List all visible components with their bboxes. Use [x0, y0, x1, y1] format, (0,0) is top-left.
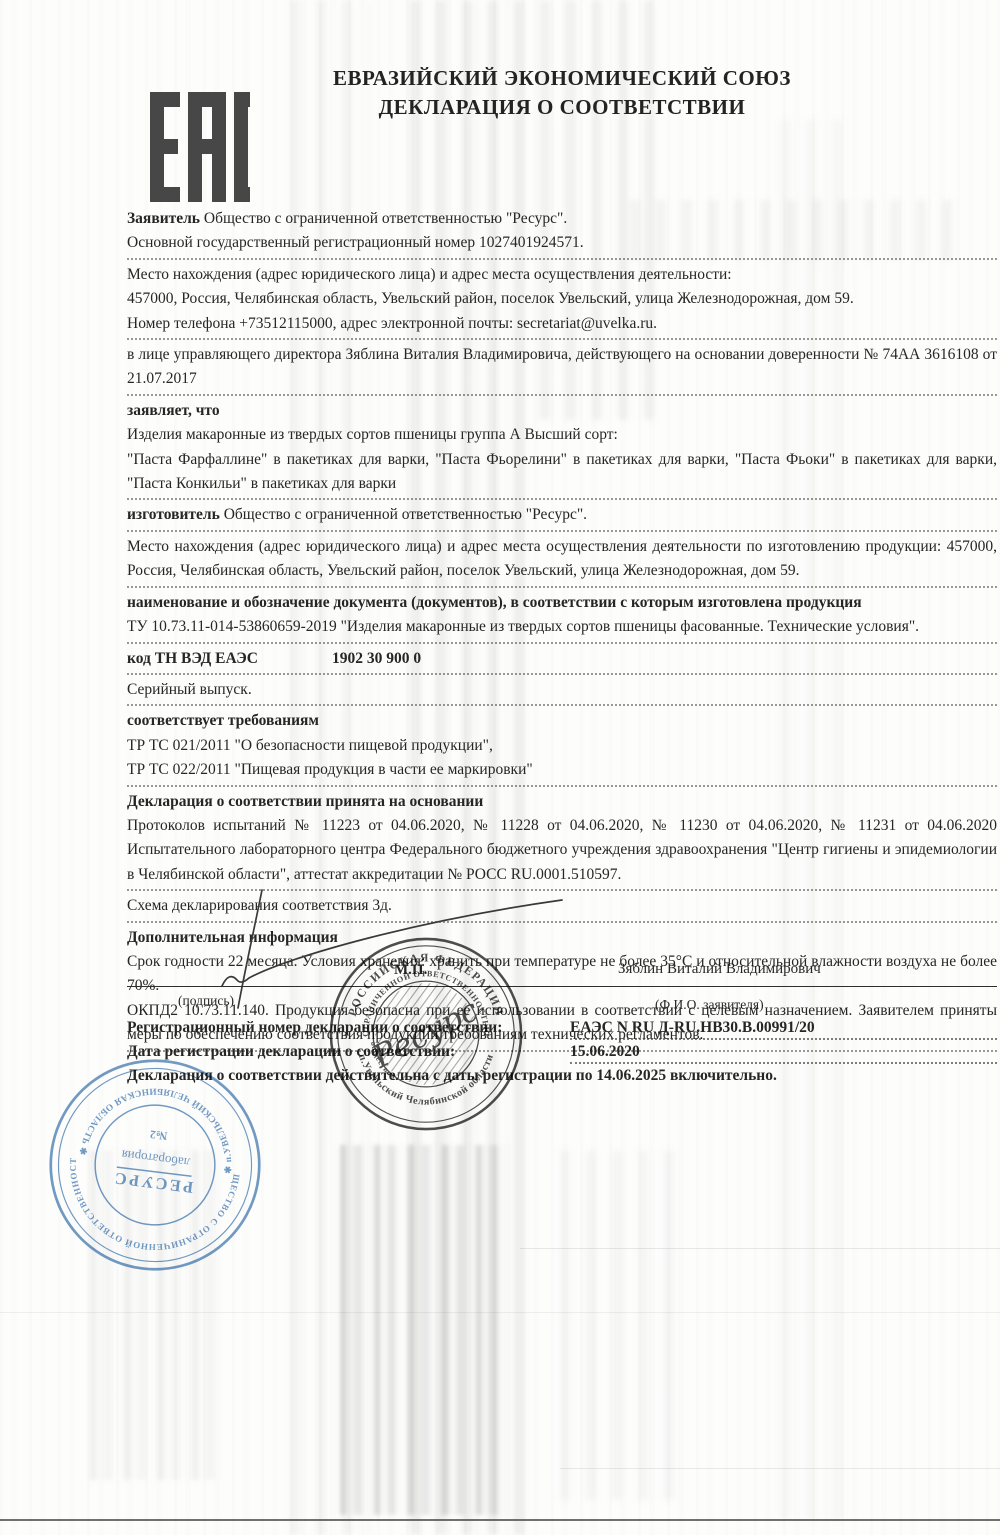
separator	[127, 258, 997, 260]
declaration-document: ЕВРАЗИЙСКИЙ ЭКОНОМИЧЕСКИЙ СОЮЗ ДЕКЛАРАЦИ…	[0, 0, 1000, 1535]
manufacturer-label: изготовитель	[127, 506, 220, 523]
signature-caption: (подпись)	[178, 993, 234, 1009]
phone-line: Номер телефона +73512115000, адрес элект…	[127, 312, 997, 336]
tr2-line: ТР ТС 022/2011 "Пищевая продукция в част…	[127, 758, 997, 782]
stamp-blue-center-name: РЕСУРС	[111, 1169, 194, 1198]
separator	[127, 338, 997, 340]
registration-block: Регистрационный номер декларации о соотв…	[127, 1019, 997, 1067]
mp-label: М.П.	[394, 962, 427, 979]
ogrn-line: Основной государственный регистрационный…	[127, 231, 997, 255]
address-line: 457000, Россия, Челябинская область, Уве…	[127, 287, 997, 311]
address-label: Место нахождения (адрес юридического лиц…	[127, 263, 997, 287]
separator	[127, 394, 997, 396]
storage-line: Срок годности 22 месяца. Условия хранени…	[127, 950, 997, 999]
separator	[127, 642, 997, 644]
tnved-value: 1902 30 900 0	[332, 647, 421, 671]
applicant-line: Заявитель Общество с ограниченной ответс…	[127, 207, 997, 231]
tr1-line: ТР ТС 021/2011 "О безопасности пищевой п…	[127, 734, 997, 758]
scan-streak	[90, 1150, 220, 1480]
scan-line	[0, 1312, 1000, 1313]
scan-streak-heavy	[340, 1145, 510, 1515]
applicant-fio: Зяблин Виталий Владимирович	[618, 961, 821, 978]
docs-label: наименование и обозначение документа (до…	[127, 591, 997, 615]
separator	[127, 673, 997, 675]
protocols-line: Протоколов испытаний № 11223 от 04.06.20…	[127, 814, 997, 887]
stamp-blue-ring-bottom: ✱ п.УВЕЛЬСКИЙ ЧЕЛЯБИНСКАЯ ОБЛАСТЬ ✱	[76, 1077, 243, 1175]
svg-text:ОБЩЕСТВО С ОГРАНИЧЕННОЙ ОТВЕТС: ОБЩЕСТВО С ОГРАНИЧЕННОЙ ОТВЕТСТВЕННОСТЬЮ	[54, 1153, 266, 1276]
separator	[127, 530, 997, 532]
separator	[127, 889, 997, 891]
product-list: "Паста Фарфаллине" в пакетиках для варки…	[127, 448, 997, 497]
scan-streak	[560, 1150, 680, 1500]
product-intro: Изделия макаронные из твердых сортов пше…	[127, 423, 997, 447]
svg-text:✱ п.УВЕЛЬСКИЙ ЧЕЛЯБИНСКАЯ ОБЛА: ✱ п.УВЕЛЬСКИЙ ЧЕЛЯБИНСКАЯ ОБЛАСТЬ ✱	[76, 1077, 243, 1175]
stamp-blue-ring-top: ОБЩЕСТВО С ОГРАНИЧЕННОЙ ОТВЕТСТВЕННОСТЬЮ	[54, 1153, 266, 1276]
signature-rule	[127, 986, 997, 987]
fio-caption: (Ф.И.О. заявителя)	[655, 997, 764, 1013]
applicant-text: Общество с ограниченной ответственностью…	[204, 210, 567, 227]
page-bottom-rule	[0, 1519, 1000, 1521]
separator	[127, 586, 997, 588]
declares-label: заявляет, что	[127, 399, 997, 423]
document-body: Заявитель Общество с ограниченной ответс…	[127, 207, 997, 1088]
validity-line: Декларация о соответствии действительна …	[127, 1064, 997, 1088]
union-title: ЕВРАЗИЙСКИЙ ЭКОНОМИЧЕСКИЙ СОЮЗ	[127, 64, 997, 93]
tu-line: ТУ 10.73.11-014-53860659-2019 "Изделия м…	[127, 615, 997, 639]
additional-label: Дополнительная информация	[127, 926, 997, 950]
manufacturer-text: Общество с ограниченной ответственностью…	[224, 506, 587, 523]
director-line: в лице управляющего директора Зяблина Ви…	[127, 343, 997, 392]
basis-label: Декларация о соответствии принята на осн…	[127, 790, 997, 814]
header: ЕВРАЗИЙСКИЙ ЭКОНОМИЧЕСКИЙ СОЮЗ ДЕКЛАРАЦИ…	[127, 64, 997, 122]
serial-line: Серийный выпуск.	[127, 678, 997, 702]
manufacturer-line: изготовитель Общество с ограниченной отв…	[127, 503, 997, 527]
stamp-blue-center-no: №2	[149, 1127, 168, 1142]
manufacturer-address: Место нахождения (адрес юридического лиц…	[127, 535, 997, 584]
registration-number-row: Регистрационный номер декларации о соотв…	[127, 1019, 997, 1040]
separator	[127, 498, 997, 500]
scan-line	[560, 1468, 1000, 1469]
registration-date-label: Дата регистрации декларации о соответств…	[127, 1043, 570, 1064]
separator	[127, 704, 997, 706]
registration-number-label: Регистрационный номер декларации о соотв…	[127, 1019, 570, 1040]
applicant-label: Заявитель	[127, 210, 200, 227]
stamp-blue-center-lab: лаборатория	[121, 1147, 191, 1170]
tnved-row: код ТН ВЭД ЕАЭС 1902 30 900 0	[127, 647, 997, 671]
doc-title: ДЕКЛАРАЦИЯ О СООТВЕТСТВИИ	[127, 93, 997, 122]
separator	[127, 785, 997, 787]
separator	[127, 921, 997, 923]
conform-label: соответствует требованиям	[127, 709, 997, 733]
registration-date-value: 15.06.2020	[570, 1043, 997, 1064]
registration-date-row: Дата регистрации декларации о соответств…	[127, 1043, 997, 1064]
scan-line	[520, 1248, 1000, 1249]
scheme-line: Схема декларирования соответствия 3д.	[127, 894, 997, 918]
tnved-label: код ТН ВЭД ЕАЭС	[127, 647, 332, 671]
registration-number-value: ЕАЭС N RU Д-RU.НВ30.В.00991/20	[570, 1019, 997, 1040]
